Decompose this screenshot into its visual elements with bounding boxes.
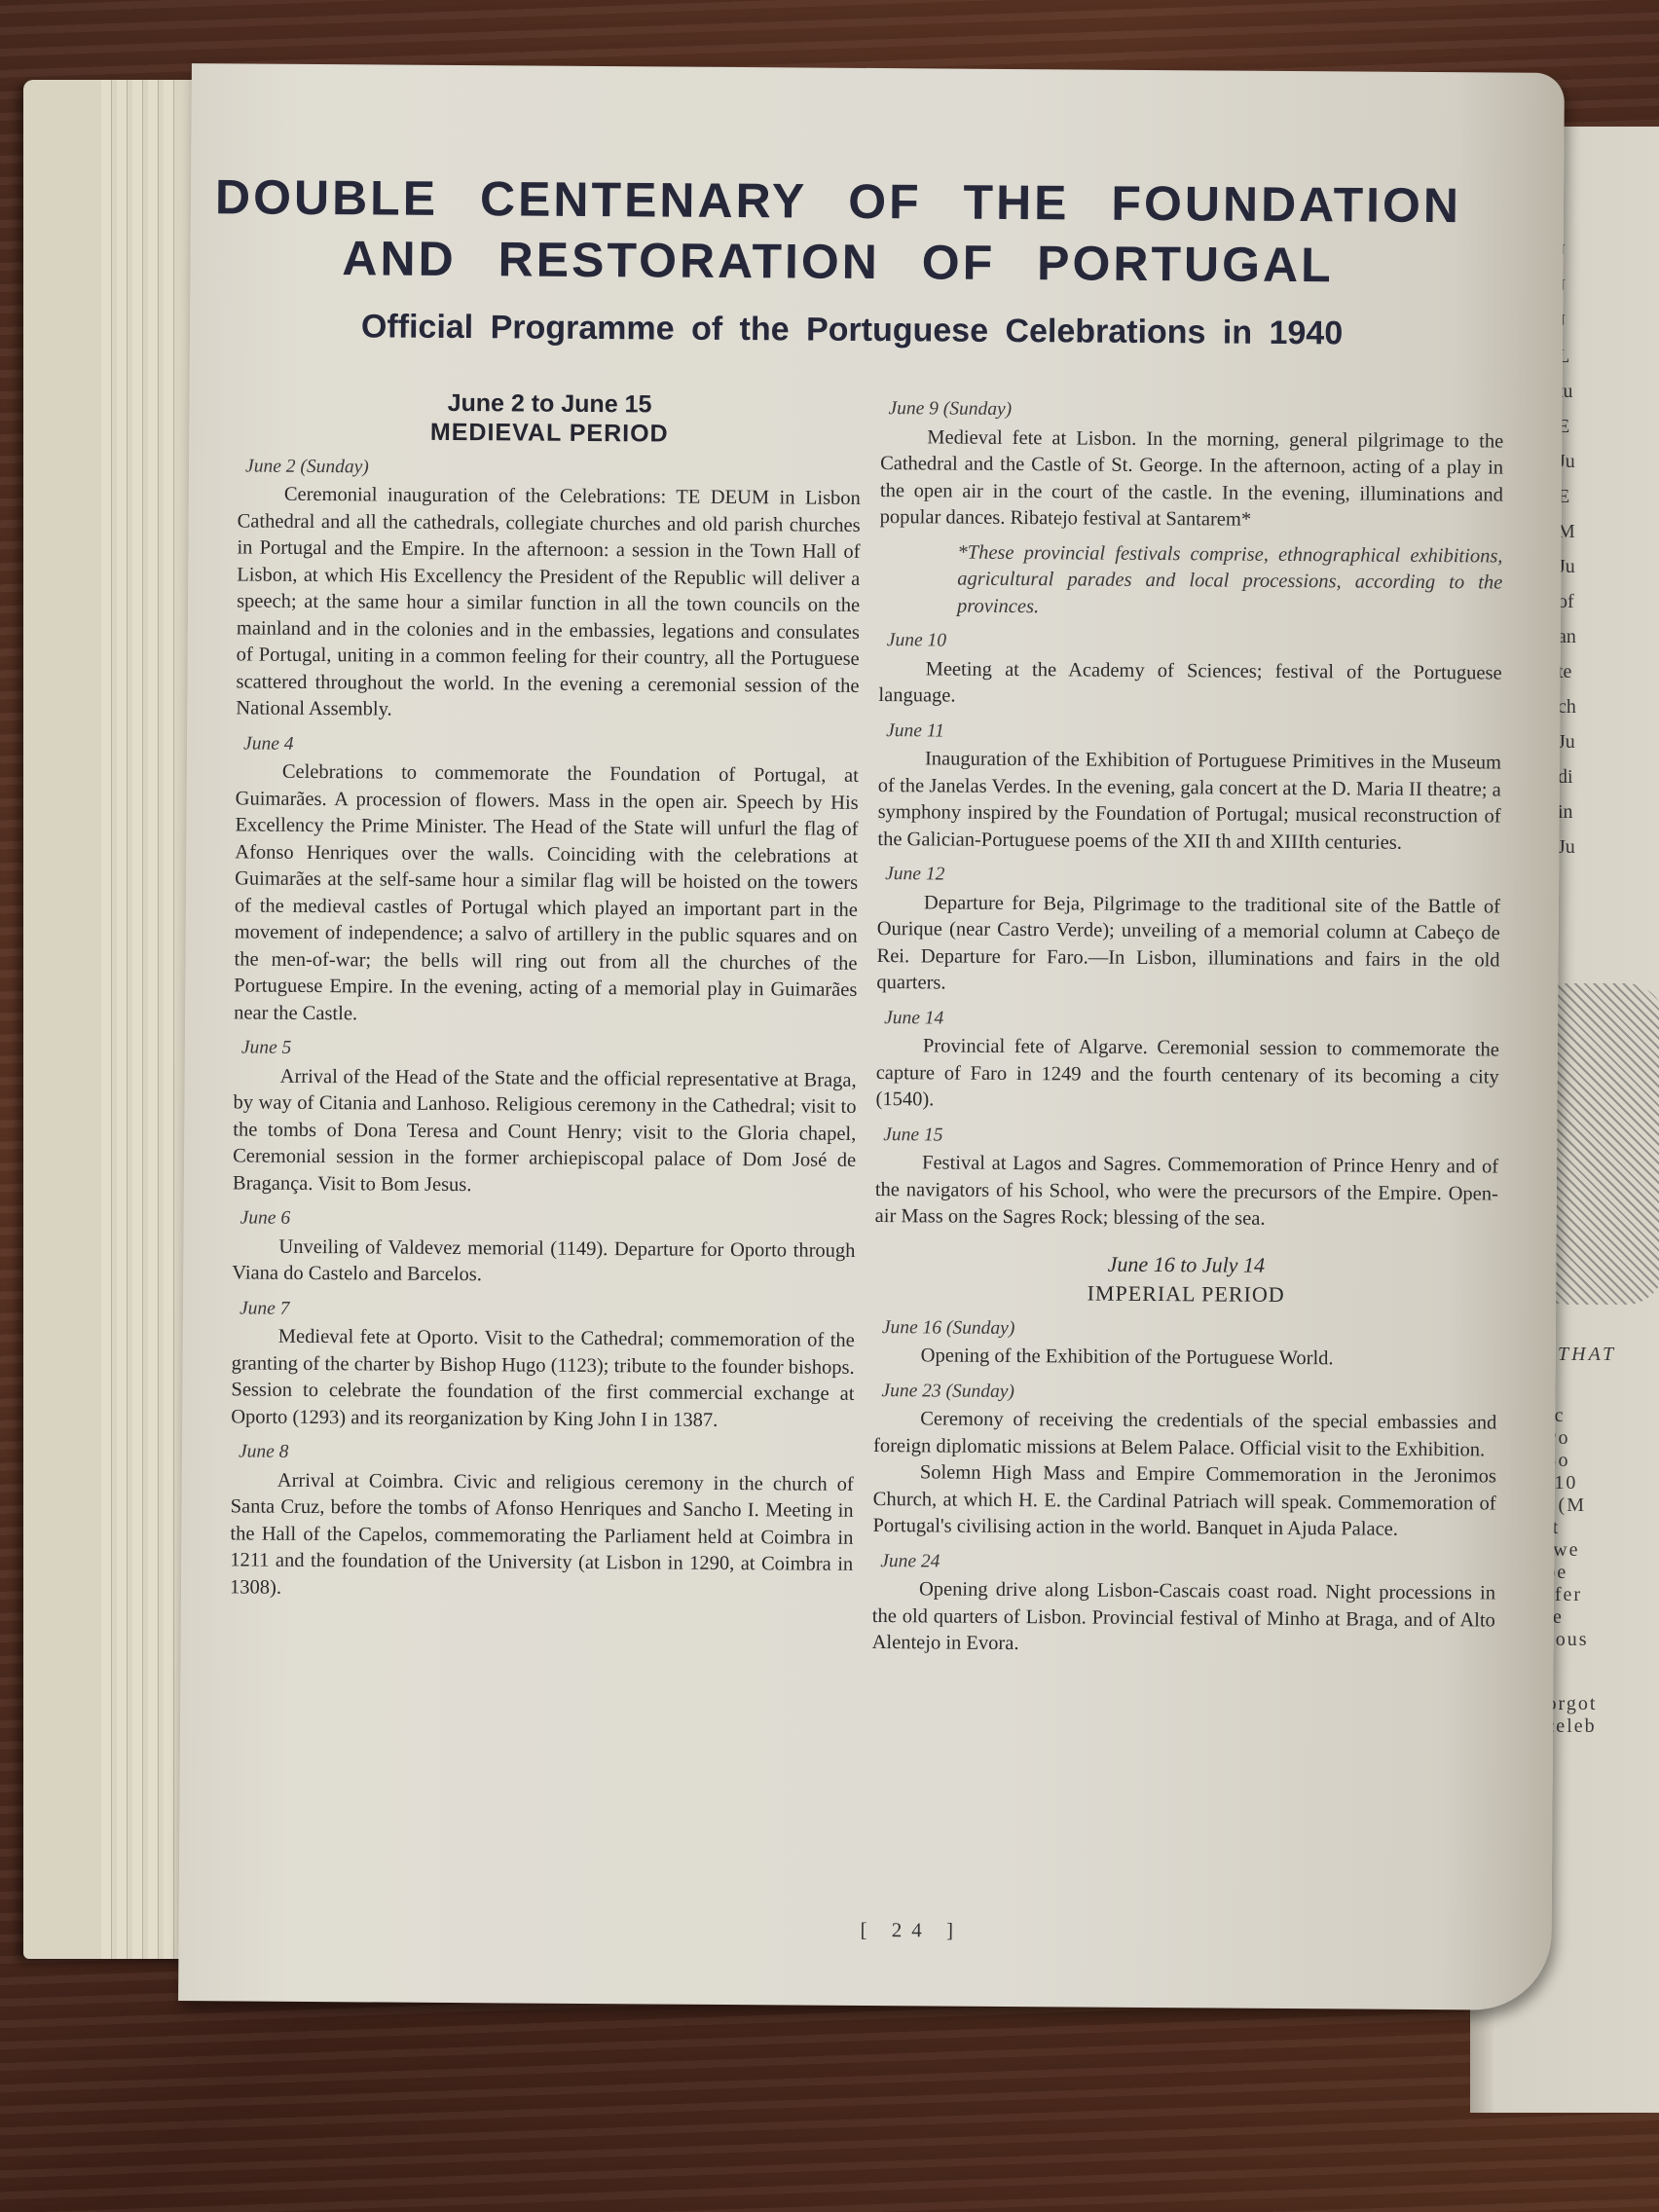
page-title-line-1: DOUBLE CENTENARY OF THE FOUNDATION	[191, 168, 1486, 234]
page-number: [ 24 ]	[861, 1918, 964, 1943]
medieval-period-heading: MEDIEVAL PERIOD	[238, 418, 861, 449]
footnote: *These provincial festivals comprise, et…	[957, 539, 1503, 623]
entry-text: Meeting at the Academy of Sciences; fest…	[878, 656, 1501, 714]
entry-date: June 8	[239, 1438, 854, 1469]
entry-text: Departure for Beja, Pilgrimage to the tr…	[876, 890, 1500, 1001]
entry-date: June 6	[240, 1204, 856, 1235]
entry-text: Solemn High Mass and Empire Commemoratio…	[872, 1459, 1496, 1544]
entry-text: Unveiling of Valdevez memorial (1149). D…	[232, 1234, 855, 1291]
entry-date: June 15	[883, 1122, 1498, 1153]
imperial-period-range: June 16 to July 14	[874, 1248, 1497, 1281]
entry-date: June 2 (Sunday)	[245, 453, 861, 484]
entry-text: Ceremony of receiving the credentials of…	[873, 1406, 1496, 1463]
entry-text: Celebrations to commemorate the Foundati…	[234, 758, 859, 1030]
entry-text: Inauguration of the Exhibition of Portug…	[877, 746, 1501, 857]
entry-date: June 9 (Sunday)	[888, 395, 1503, 426]
entry-text: Opening drive along Lisbon-Cascais coast…	[872, 1576, 1496, 1661]
entry-text: Festival at Lagos and Sagres. Commemorat…	[875, 1150, 1499, 1235]
entry-text: Arrival at Coimbra. Civic and religious …	[230, 1467, 854, 1605]
entry-date: June 14	[884, 1005, 1499, 1036]
imperial-period-heading: IMPERIAL PERIOD	[874, 1277, 1497, 1310]
right-column: June 9 (Sunday) Medieval fete at Lisbon.…	[872, 387, 1504, 1661]
page-subtitle: Official Programme of the Portuguese Cel…	[190, 307, 1514, 353]
entry-text: Arrival of the Head of the State and the…	[233, 1063, 857, 1201]
entry-date: June 23 (Sunday)	[881, 1378, 1496, 1409]
entry-date: June 4	[243, 730, 859, 761]
entry-date: June 5	[241, 1034, 857, 1065]
document-page: DOUBLE CENTENARY OF THE FOUNDATION AND R…	[178, 63, 1565, 2010]
entry-date: June 10	[887, 627, 1502, 658]
entry-text: Provincial fete of Algarve. Ceremonial s…	[875, 1033, 1499, 1118]
entry-date: June 12	[885, 861, 1500, 892]
left-column: June 2 to June 15 MEDIEVAL PERIOD June 2…	[230, 385, 862, 1604]
entry-text: Ceremonial inauguration of the Celebrati…	[236, 481, 861, 726]
entry-date: June 16 (Sunday)	[882, 1314, 1497, 1346]
entry-date: June 7	[240, 1295, 855, 1326]
entry-date: June 24	[880, 1548, 1495, 1579]
page-title-line-2: AND RESTORATION OF PORTUGAL	[190, 229, 1485, 294]
entry-text: Medieval fete at Oporto. Visit to the Ca…	[231, 1323, 855, 1434]
facing-page-heading: THAT	[1558, 1344, 1616, 1366]
entry-date: June 11	[886, 718, 1501, 749]
entry-text: Medieval fete at Lisbon. In the morning,…	[880, 424, 1504, 535]
entry-text: Opening of the Exhibition of the Portugu…	[874, 1343, 1497, 1374]
medieval-period-range: June 2 to June 15	[238, 385, 861, 422]
